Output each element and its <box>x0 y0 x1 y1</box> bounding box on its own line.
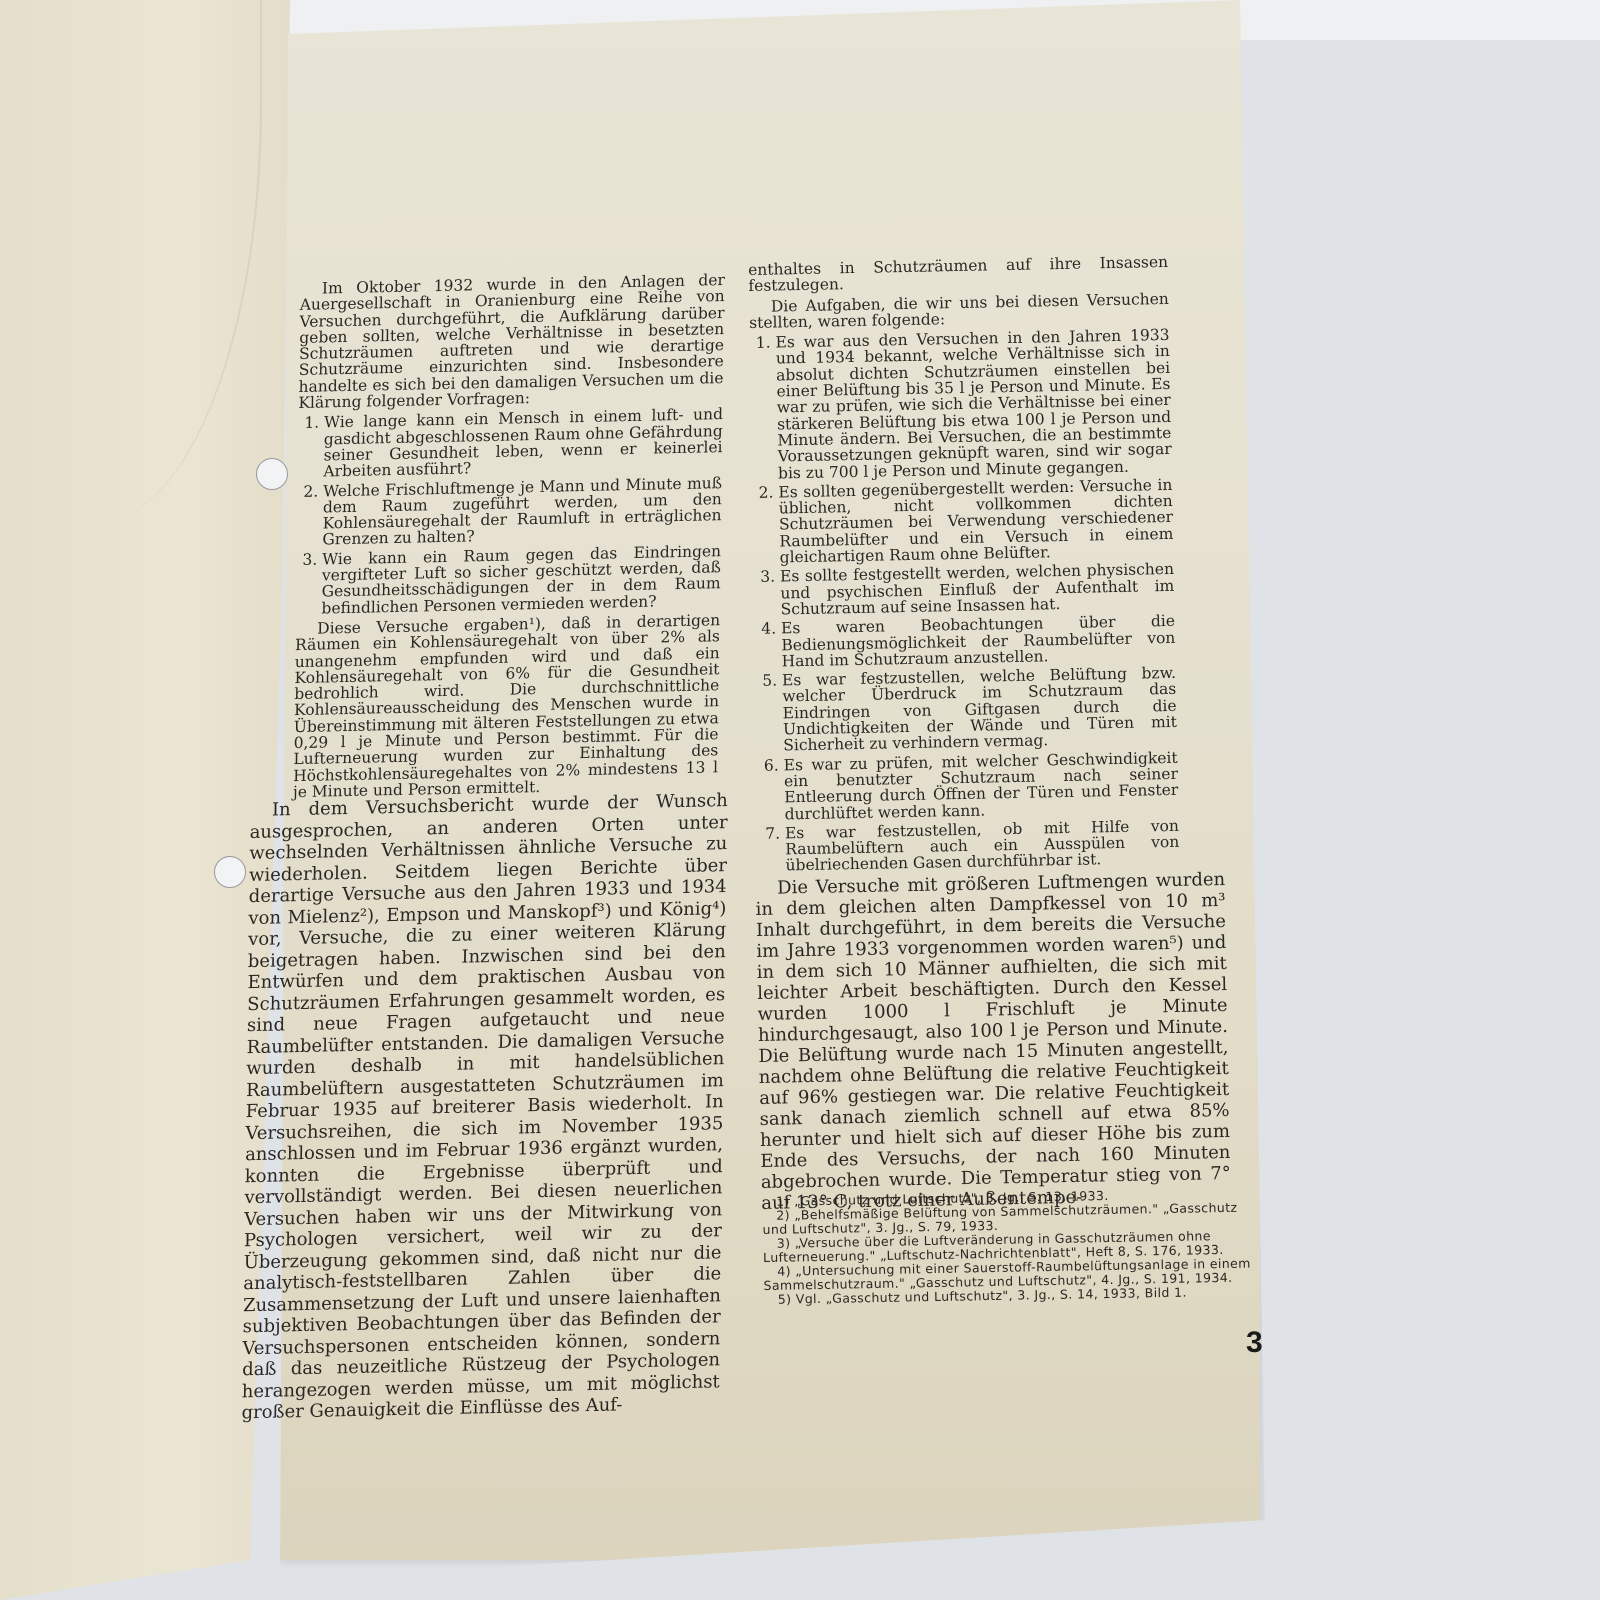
task-item: Es war zu prüfen, mit welcher Geschwindi… <box>784 749 1179 822</box>
task-item: Es sollte festgestellt werden, welchen p… <box>780 561 1175 617</box>
task-item: Es sollten gegenübergestellt werden: Ver… <box>778 477 1173 566</box>
task-item: Es war festzustellen, welche Belüftung b… <box>782 665 1177 754</box>
tasks-intro: Die Aufgaben, die wir uns bei diesen Ver… <box>749 291 1170 332</box>
question-item: Wie kann ein Raum gegen das Eindringen v… <box>321 543 721 617</box>
task-item: Es waren Beobachtungen über die Bedienun… <box>781 613 1176 669</box>
right-column-lower: Die Versuche mit größeren Luftmengen wur… <box>755 869 1231 1218</box>
report-paragraph: In dem Versuchsbericht wurde der Wunsch … <box>241 790 728 1424</box>
left-column-upper: Im Oktober 1932 wurde in den Anlagen der… <box>293 272 725 804</box>
left-column-lower: In dem Versuchsbericht wurde der Wunsch … <box>241 790 728 1428</box>
intro-paragraph: Im Oktober 1932 wurde in den Anlagen der… <box>298 272 725 411</box>
page-crease <box>60 0 262 520</box>
task-list: Es war aus den Versuchen in den Jahren 1… <box>749 327 1179 874</box>
task-item: Es war aus den Versuchen in den Jahren 1… <box>775 327 1172 481</box>
page-number: 3 <box>1246 1326 1263 1360</box>
continuation-text: enthaltes in Schutzräumen auf ihre Insas… <box>748 254 1169 295</box>
question-list: Wie lange kann ein Mensch in einem luft-… <box>295 406 723 617</box>
footnotes: 1) „Gasschutz und Luftschutz", 3. Jg., S… <box>762 1186 1259 1307</box>
results-paragraph: Diese Versuche ergaben¹), daß in derarti… <box>293 612 720 800</box>
experiments-paragraph: Die Versuche mit größeren Luftmengen wur… <box>755 869 1231 1214</box>
punch-hole <box>256 458 288 490</box>
right-column-upper: enthaltes in Schutzräumen auf ihre Insas… <box>748 254 1180 879</box>
task-item: Es war festzustellen, ob mit Hilfe von R… <box>785 818 1180 874</box>
question-item: Wie lange kann ein Mensch in einem luft-… <box>323 406 723 480</box>
question-item: Welche Frischluftmenge je Mann und Minut… <box>322 475 722 549</box>
punch-hole <box>214 856 246 888</box>
